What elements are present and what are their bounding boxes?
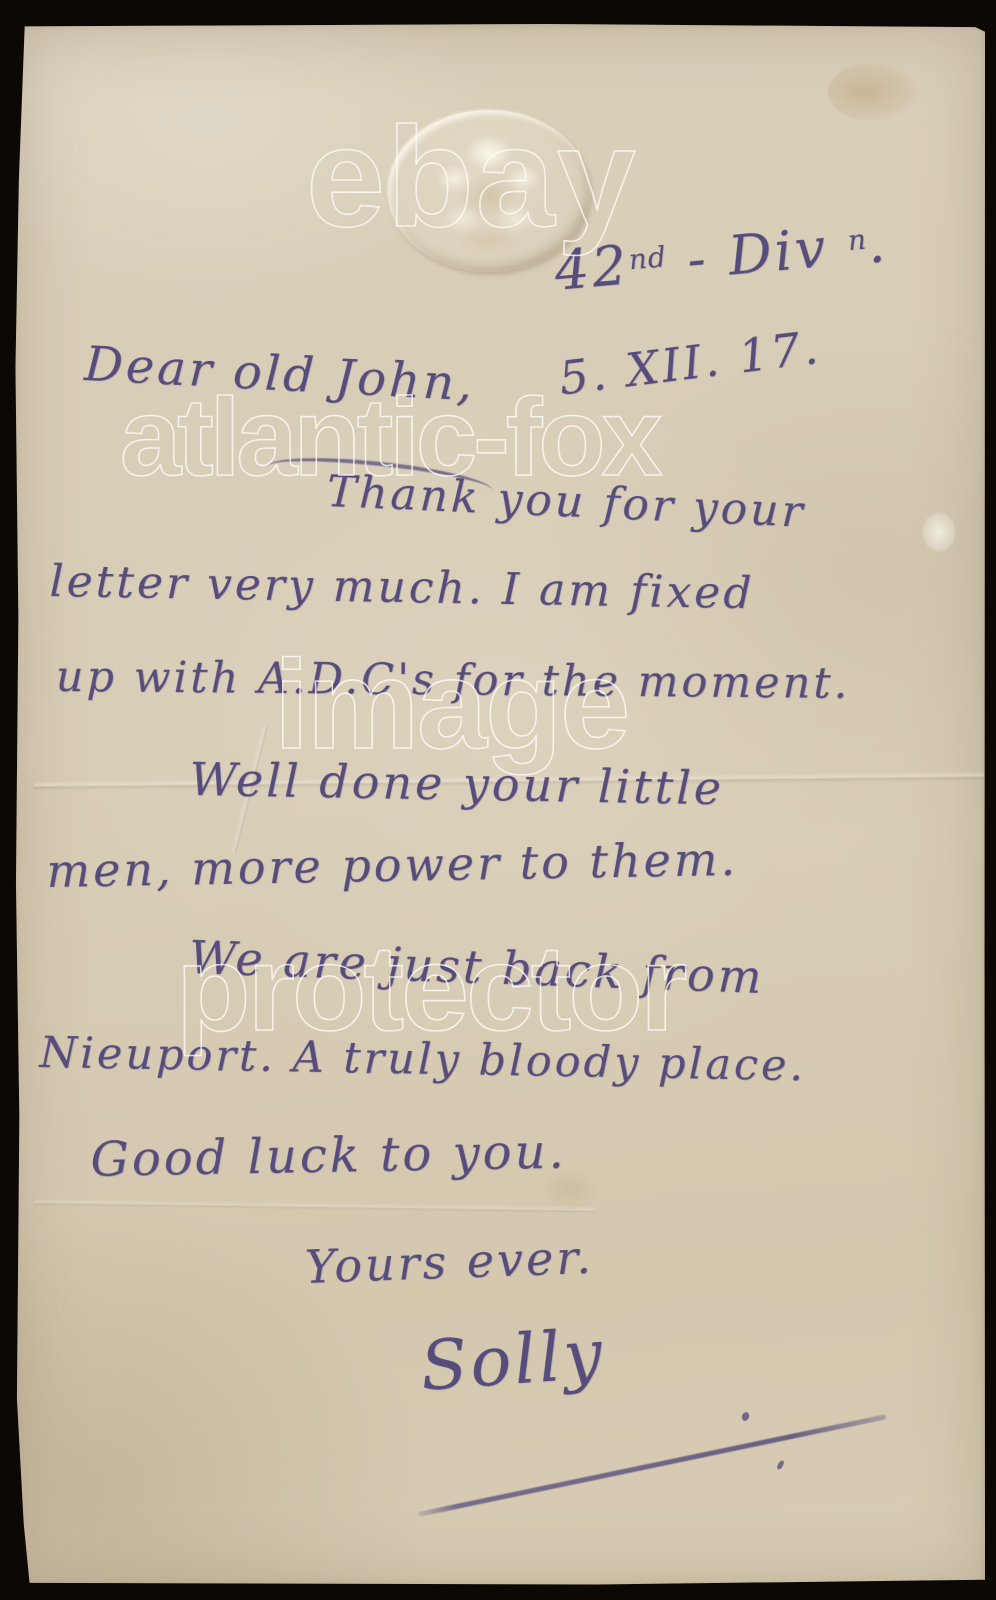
body-line: Good luck to you. — [90, 1124, 567, 1188]
coat-of-arms-relief — [416, 134, 562, 252]
unit-separator: - — [684, 225, 731, 291]
unit-word: Div — [726, 216, 831, 287]
unit-ordinal: nd — [627, 240, 668, 276]
paper-chip-mark — [922, 512, 956, 552]
foxing-stain — [828, 62, 918, 122]
unit-number: 42 — [552, 233, 632, 302]
body-line: up with A.D.C's for the moment. — [56, 652, 851, 709]
body-line: Well done your little — [189, 752, 725, 815]
signature: Solly — [418, 1315, 607, 1407]
closing-line: Yours ever. — [304, 1230, 595, 1294]
paper-crease — [34, 1198, 594, 1214]
photo-background: 42nd - Div n. Dear old John, 5. XII. 17.… — [0, 0, 996, 1600]
